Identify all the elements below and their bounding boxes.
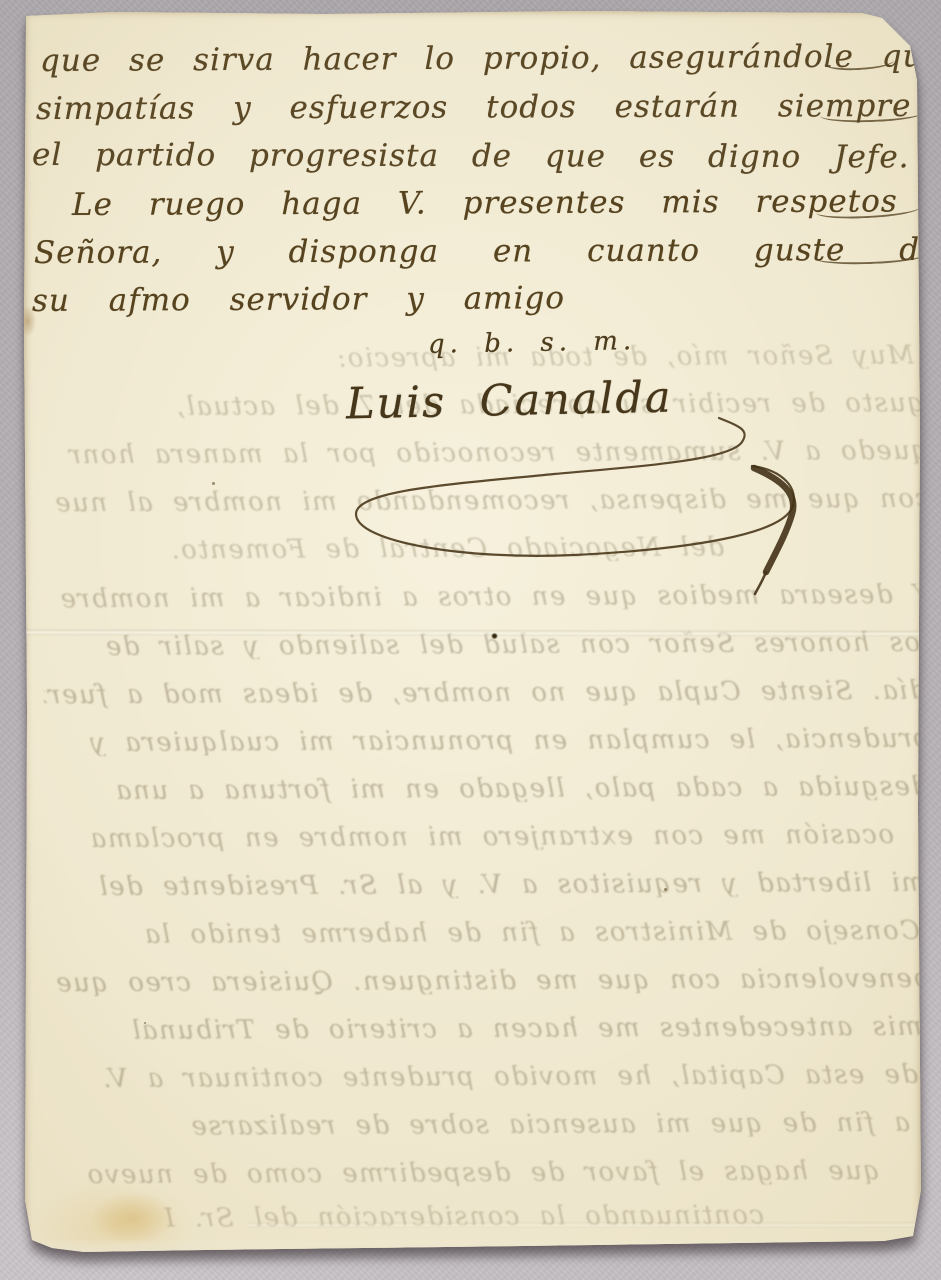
scanned-letter-photo: Muy Señor mío, de toda mi aprecio: he te… [0,0,941,1280]
letter-line: que se sirva hacer lo propio, asegurándo… [40,42,898,77]
handwriting-layer: que se sirva hacer lo propio, asegurándo… [24,10,921,1252]
valediction: q. b. s. m. [428,326,637,360]
letter-line: simpatías y esfuerzos todos estarán siem… [36,91,906,125]
letter-line: Le ruego haga V. presentes mis respetos … [72,186,904,221]
letter-line: el partido progresista de que es digno J… [32,140,822,173]
letter-line: Señora, y disponga en cuanto guste de [34,235,896,269]
letter-line: su afmo servidor y amigo [32,283,552,317]
letter-paper: Muy Señor mío, de toda mi aprecio: he te… [24,10,921,1252]
signature-flourish [314,410,814,625]
